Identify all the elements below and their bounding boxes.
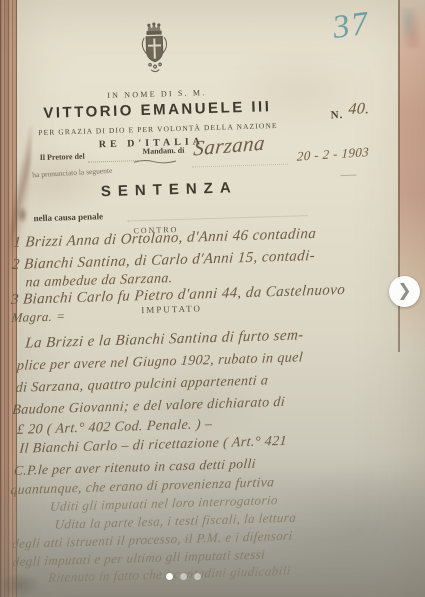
pretore-label: Il Pretore del — [40, 152, 85, 162]
imputato-label: IMPUTATO — [141, 303, 202, 315]
defendant-line: Magra. = — [11, 308, 66, 326]
carousel-dot-2[interactable] — [180, 573, 187, 580]
charge-line: plice per avere nel Giugno 1902, rubato … — [16, 350, 303, 375]
mandamento-value-handwritten: Sarzana — [192, 130, 266, 161]
coat-of-arms-icon — [136, 21, 174, 85]
charge-line: di Sarzana, quattro pulcini appartenenti… — [15, 373, 269, 397]
blank-line — [192, 164, 288, 168]
charge-line: £ 20 ( Art.° 402 Cod. Penale. ) – — [16, 417, 213, 439]
carousel-dot-1[interactable] — [166, 573, 173, 580]
date-handwritten: 20 - 2 - 1903 — [297, 144, 370, 165]
date-underline — [340, 175, 356, 176]
pronounce-label: ha pronunciato la seguente — [32, 166, 113, 179]
document-photo: IN NOME DI S. M. VITTORIO EMANUELE III P… — [0, 0, 425, 597]
chevron-right-icon: ❯ — [397, 283, 411, 300]
blank-line — [128, 215, 308, 221]
causa-penale-label: nella causa penale — [33, 211, 103, 223]
defendant-line: 2 Bianchi Santina, di Carlo d'Anni 15, c… — [11, 248, 315, 274]
charge-line: La Brizzi e la Bianchi Santina di furto … — [25, 327, 305, 352]
carousel-next-button[interactable]: ❯ — [389, 276, 420, 307]
doc-number-value: 40. — [348, 100, 371, 119]
carousel-dot-3[interactable] — [194, 573, 201, 580]
carousel-dots — [166, 573, 201, 580]
charge-line: Baudone Giovanni; e del valore dichiarat… — [12, 395, 286, 419]
page-content: IN NOME DI S. M. VITTORIO EMANUELE III P… — [0, 0, 425, 597]
doc-number-label: N. — [330, 109, 343, 121]
sentenza-title: SENTENZA — [0, 176, 342, 203]
mandamento-label: Mandam. di — [142, 146, 184, 156]
pencil-page-number: 37 — [331, 5, 373, 47]
